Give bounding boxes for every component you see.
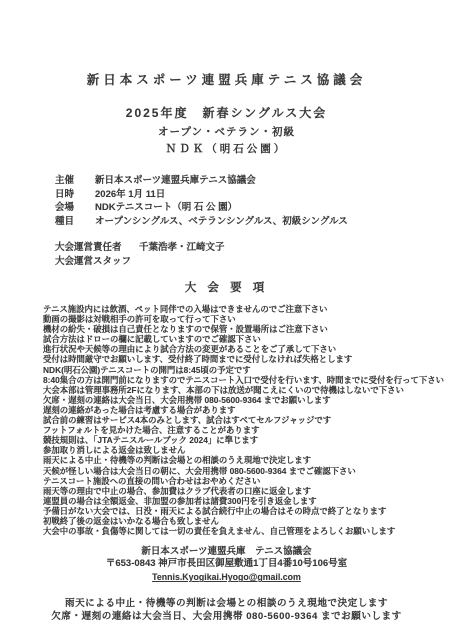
notice-line: 大会中の事故・負傷等に関しては一切の責任を負えません、自己管理をよろしくお願いし… (43, 526, 445, 536)
event-title: 2025年度 新春シングルス大会 (0, 104, 453, 121)
notice-line: 天候が怪しい場合は大会当日の朝に、大会用携帯 080-5600-9364 までご… (43, 466, 445, 476)
staff-row: 大会運営責任者千葉浩孝・江崎文子 (55, 241, 453, 255)
info-row: 会場NDKテニスコート（明 石 公 園） (55, 201, 453, 215)
event-venue: ＮＤＫ（明石公園） (0, 141, 453, 156)
emphasis-block: 雨天による中止・待機等の判断は会場との相談のうえ現地で決定します 欠席・遅刻の連… (0, 598, 453, 623)
info-row-value: 新日本スポーツ連盟兵庫テニス協議会 (95, 175, 256, 186)
notice-line: 欠席・遅刻の連絡は大会当日、大会用携帯 080-5600-9364 までお願いし… (43, 395, 445, 405)
info-row-value: 2026年 1月 11日 (95, 189, 165, 200)
staff-row-label: 大会運営責任者 (55, 241, 139, 255)
notice-line: 進行状況や天候等の理由により試合方法の変更があることをご了承して下さい (43, 344, 445, 354)
notice-line: NDK(明石公園)テニスコートの開門は8:45頃の予定です (43, 365, 445, 375)
contact-email-link[interactable]: Tennis.Kyogikai.Hyogo@gmail.com (152, 571, 301, 583)
event-info-block: 主催新日本スポーツ連盟兵庫テニス協議会日時2026年 1月 11日会場NDKテニ… (55, 174, 453, 228)
info-row-label: 会場 (55, 201, 95, 215)
section-heading: 大 会 要 項 (0, 279, 453, 295)
notice-line: 大会本部は管理事務所2Fになります、本部の下は放送が聞こえにくいので待機はしない… (43, 385, 445, 395)
event-categories: オープン・ベテラン・初級 (0, 124, 453, 139)
notice-line: 受付は時間厳守でお願いします、受付終了時間までに受付しなければ失格とします (43, 354, 445, 364)
organization-title: 新日本スポーツ連盟兵庫テニス協議会 (0, 0, 453, 88)
staff-row: 大会運営スタッフ (55, 255, 453, 269)
notice-lines: テニス施設内には飲酒、ペット同伴での入場はできませんのでご注意下さい動画の撮影は… (43, 304, 445, 536)
notice-line: 試合方法はドローの欄に記載していますのでご確認下さい (43, 334, 445, 344)
notice-line: 予備日がない大会では、日没・雨天による試合続行中止の場合はその時点で終了となりま… (43, 506, 445, 516)
info-row-label: 日時 (55, 188, 95, 202)
staff-row-label: 大会運営スタッフ (55, 255, 139, 269)
notice-line: 遅刻の連絡があった場合は考慮する場合があります (43, 405, 445, 415)
emphasis-line-contact: 欠席・遅刻の連絡は大会当日、大会用携帯 080-5600-9364 までお願いし… (0, 611, 453, 624)
notice-line: 雨天等の理由で中止の場合、参加費はクラブ代表者の口座に返金します (43, 486, 445, 496)
notice-line: 試合前の練習はサービス4本のみとします、試合はすべてセルフジャッジです (43, 415, 445, 425)
notice-line: 初戦終了後の返金はいかなる場合も致しません (43, 516, 445, 526)
notice-line: フットフォルトを見かけた場合、注意することがあります (43, 425, 445, 435)
notice-line: 動画の撮影は対戦相手の許可を取って行って下さい (43, 314, 445, 324)
document-page: 新日本スポーツ連盟兵庫テニス協議会 2025年度 新春シングルス大会 オープン・… (0, 0, 453, 640)
info-row: 主催新日本スポーツ連盟兵庫テニス協議会 (55, 174, 453, 188)
staff-block: 大会運営責任者千葉浩孝・江崎文子大会運営スタッフ (55, 241, 453, 268)
info-row: 種目オープンシングルス、ベテランシングルス、初級シングルス (55, 215, 453, 229)
info-row: 日時2026年 1月 11日 (55, 188, 453, 202)
info-row-label: 主催 (55, 174, 95, 188)
notice-line: 競技規則は、「JTAテニスルールブック 2024」に準じます (43, 435, 445, 445)
staff-row-value: 千葉浩孝・江崎文子 (139, 242, 225, 253)
notice-line: 連盟員の場合は全額返金、非加盟の参加者は諸費300円を引き返金します (43, 496, 445, 506)
notice-line: 雨天による中止・待機等の判断は会場との相談のうえ現地で決定します (43, 455, 445, 465)
footer-block: 新日本スポーツ連盟兵庫 テニス協議会 〒653-0843 神戸市長田区御屋敷通1… (0, 546, 453, 584)
notice-line: テニスコート施設への直接の問い合わせはおやめください (43, 476, 445, 486)
notice-line: テニス施設内には飲酒、ペット同伴での入場はできませんのでご注意下さい (43, 304, 445, 314)
info-row-value: オープンシングルス、ベテランシングルス、初級シングルス (95, 216, 348, 227)
notice-line: 参加取り消しによる返金は致しません (43, 445, 445, 455)
info-row-label: 種目 (55, 215, 95, 229)
info-row-value: NDKテニスコート（明 石 公 園） (95, 202, 237, 213)
notice-line: 8:40集合の方は開門前になりますのでテニスコート入口で受付を行います、時間まで… (43, 375, 445, 385)
notice-line: 機材の紛失・破損は自己責任となりますので保管・設置場所はご注意下さい (43, 324, 445, 334)
footer-organization: 新日本スポーツ連盟兵庫 テニス協議会 (0, 546, 453, 558)
footer-address: 〒653-0843 神戸市長田区御屋敷通1丁目4番10号106号室 (0, 558, 453, 570)
emphasis-line-rain: 雨天による中止・待機等の判断は会場との相談のうえ現地で決定します (0, 598, 453, 611)
